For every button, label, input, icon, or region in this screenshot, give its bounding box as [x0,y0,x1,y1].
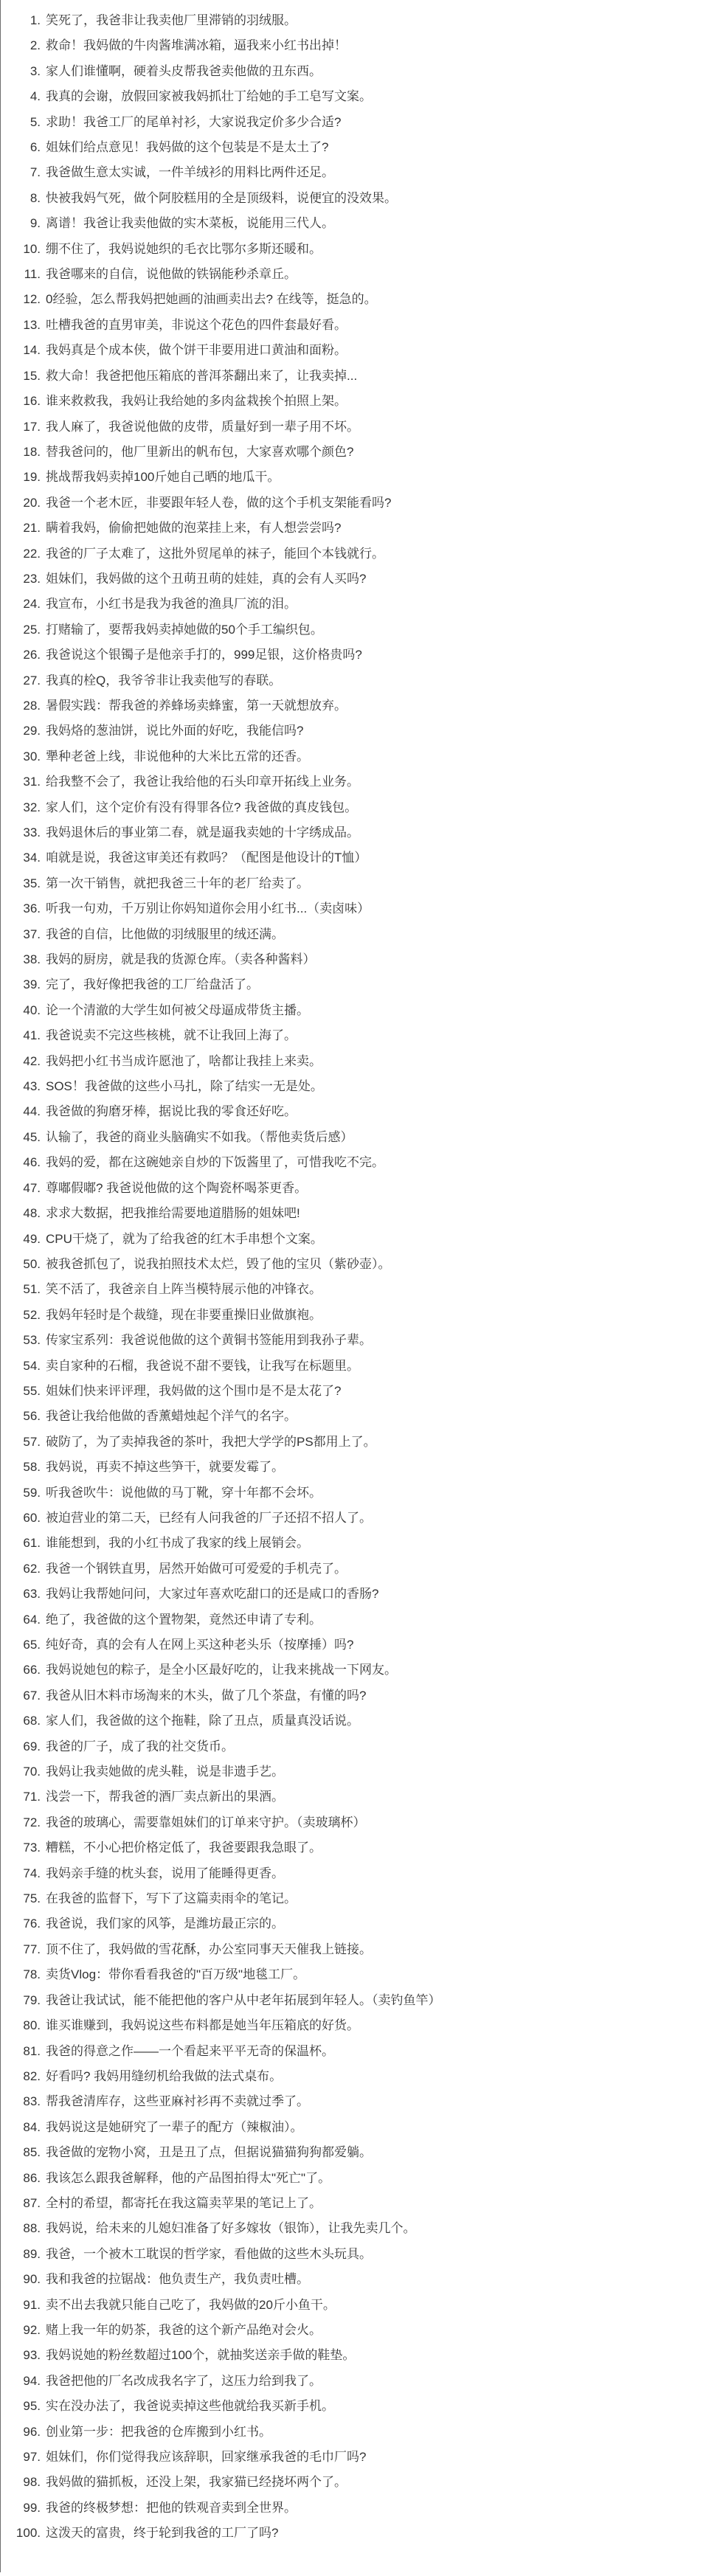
list-item-number: 74. [0,1861,41,1886]
list-item-number: 27. [0,668,41,693]
list-item-text: 我爸的厂子，成了我的社交货币。 [46,1734,234,1759]
list-item: 79.我爸让我试试，能不能把他的客户从中老年拓展到年轻人。（卖钓鱼竿） [0,1988,708,2013]
list-item: 9.离谱！我爸让我卖他做的实木菜板，说能用三代人。 [0,211,708,236]
list-item-text: 卖自家种的石榴，我爸说不甜不要钱，让我写在标题里。 [46,1354,359,1379]
list-item-text: 暑假实践：帮我爸的养蜂场卖蜂蜜，第一天就想放弃。 [46,693,347,719]
list-item-text: 我爸的自信，比他做的羽绒服里的绒还满。 [46,922,284,947]
list-item-text: 卖货Vlog：带你看看我爸的"百万级"地毯工厂。 [46,1962,305,1987]
list-item-number: 88. [0,2216,41,2241]
list-item: 94.我爸把他的厂名改成我名字了，这压力给到我了。 [0,2369,708,2394]
list-item-number: 44. [0,1099,41,1124]
list-item-number: 34. [0,845,41,870]
list-item: 87.全村的希望，都寄托在我这篇卖苹果的笔记上了。 [0,2191,708,2216]
list-item: 54.卖自家种的石榴，我爸说不甜不要钱，让我写在标题里。 [0,1354,708,1379]
list-item: 34.咱就是说，我爸这审美还有救吗？（配图是他设计的T恤） [0,845,708,870]
list-item-number: 25. [0,617,41,643]
list-item-number: 93. [0,2343,41,2368]
list-item: 49.CPU干烧了，就为了给我爸的红木手串想个文案。 [0,1227,708,1252]
list-item-text: 听我一句劝，千万别让你妈知道你会用小红书...（卖卤味） [46,896,370,921]
list-item-text: 我爸做的宠物小窝，丑是丑了点，但据说猫猫狗狗都爱躺。 [46,2140,372,2165]
list-item: 36.听我一句劝，千万别让你妈知道你会用小红书...（卖卤味） [0,896,708,921]
list-item-number: 89. [0,2242,41,2267]
list-item-number: 61. [0,1531,41,1556]
list-item-number: 13. [0,313,41,338]
list-item: 22.我爸的厂子太难了，这批外贸尾单的袜子，能回个本钱就行。 [0,541,708,567]
list-item-number: 80. [0,2013,41,2038]
list-item-text: 我爸，一个被木工耽误的哲学家，看他做的这些木头玩具。 [46,2242,372,2267]
list-item: 66.我妈说她包的粽子，是全小区最好吃的，让我来挑战一下网友。 [0,1658,708,1683]
list-item-text: 我真的会谢，放假回家被我妈抓壮丁给她的手工皂写文案。 [46,84,372,109]
list-item-number: 83. [0,2089,41,2114]
list-item-text: 0经验，怎么帮我妈把她画的油画卖出去? 在线等，挺急的。 [46,287,377,312]
list-item-number: 62. [0,1557,41,1582]
list-item: 17.我人麻了，我爸说他做的皮带，质量好到一辈子用不坏。 [0,415,708,440]
list-item: 35.第一次干销售，就把我爸三十年的老厂给卖了。 [0,871,708,896]
list-item: 69.我爸的厂子，成了我的社交货币。 [0,1734,708,1759]
list-item-number: 16. [0,389,41,414]
list-item: 52.我妈年轻时是个裁缝，现在非要重操旧业做旗袍。 [0,1303,708,1328]
list-item: 37.我爸的自信，比他做的羽绒服里的绒还满。 [0,922,708,947]
list-item-number: 79. [0,1988,41,2013]
list-item-number: 2. [0,33,41,58]
list-item-text: 我爸让我试试，能不能把他的客户从中老年拓展到年轻人。（卖钓鱼竿） [46,1988,441,2013]
list-item-text: 我爸的玻璃心，需要靠姐妹们的订单来守护。（卖玻璃杯） [46,1810,366,1835]
list-item-number: 91. [0,2293,41,2318]
list-item-text: 挑战帮我妈卖掉100斤她自己晒的地瓜干。 [46,465,280,490]
list-item-number: 31. [0,769,41,794]
list-item: 100.这泼天的富贵，终于轮到我爸的工厂了吗? [0,2521,708,2546]
list-item-number: 78. [0,1962,41,1987]
list-item-text: 谁买谁赚到，我妈说这些布料都是她当年压箱底的好货。 [46,2013,359,2038]
list-item-number: 10. [0,237,41,262]
list-item-number: 18. [0,440,41,465]
list-item: 63.我妈让我帮她问问，大家过年喜欢吃甜口的还是咸口的香肠? [0,1582,708,1607]
list-item-number: 82. [0,2064,41,2089]
list-item-text: 顶不住了，我妈做的雪花酥，办公室同事天天催我上链接。 [46,1937,372,1962]
list-item-text: 我妈把小红书当成许愿池了，啥都让我挂上来卖。 [46,1049,322,1074]
list-item-number: 52. [0,1303,41,1328]
list-item-text: 笑不活了，我爸亲自上阵当模特展示他的冲锋衣。 [46,1277,322,1302]
list-item: 10.绷不住了，我妈说她织的毛衣比鄂尔多斯还暖和。 [0,237,708,262]
list-item-text: 实在没办法了，我爸说卖掉这些他就给我买新手机。 [46,2394,334,2419]
list-item-number: 66. [0,1658,41,1683]
list-item-text: 离谱！我爸让我卖他做的实木菜板，说能用三代人。 [46,211,334,236]
list-item-text: 我妈的厨房，就是我的货源仓库。（卖各种酱料） [46,947,316,972]
list-item-text: 卖不出去我就只能自己吃了，我妈做的20斤小鱼干。 [46,2293,336,2318]
list-item-number: 76. [0,1911,41,1936]
list-item-number: 35. [0,871,41,896]
list-item: 15.救大命！我爸把他压箱底的普洱茶翻出来了，让我卖掉... [0,364,708,389]
list-item: 61.谁能想到，我的小红书成了我家的线上展销会。 [0,1531,708,1556]
list-item-text: 吐槽我爸的直男审美，非说这个花色的四件套最好看。 [46,313,347,338]
list-item: 42.我妈把小红书当成许愿池了，啥都让我挂上来卖。 [0,1049,708,1074]
list-item-text: 姐妹们，你们觉得我应该辞职，回家继承我爸的毛巾厂吗? [46,2445,366,2470]
list-item-number: 9. [0,211,41,236]
list-item-text: 我妈说这是她研究了一辈子的配方（辣椒油）。 [46,2115,303,2140]
list-item-text: 我宣布，小红书是我为我爸的渔具厂流的泪。 [46,592,297,617]
list-item-number: 92. [0,2318,41,2343]
list-item-number: 32. [0,795,41,820]
list-item-text: 绝了，我爸做的这个置物架，竟然还申请了专利。 [46,1607,322,1632]
list-item: 90.我和我爸的拉锯战：他负责生产，我负责吐槽。 [0,2267,708,2292]
list-item-text: 我爸说，我们家的风筝，是潍坊最正宗的。 [46,1911,284,1936]
list-item-text: 我妈说她的粉丝数超过100个，就抽奖送亲手做的鞋垫。 [46,2343,355,2368]
list-item: 6.姐妹们给点意见！我妈做的这个包装是不是太土了? [0,135,708,160]
list-item-number: 42. [0,1049,41,1074]
list-item-number: 100. [0,2521,41,2546]
list-item-text: 我妈的爱，都在这碗她亲自炒的下饭酱里了，可惜我吃不完。 [46,1150,384,1175]
list-item: 48.求求大数据，把我推给需要地道腊肠的姐妹吧! [0,1201,708,1226]
list-item-text: 咱就是说，我爸这审美还有救吗？（配图是他设计的T恤） [46,845,367,870]
list-item-text: 我妈退休后的事业第二春，就是逼我卖她的十字绣成品。 [46,820,359,845]
list-item-text: 我真的栓Q，我爷爷非让我卖他写的春联。 [46,668,281,693]
list-item: 74.我妈亲手缝的枕头套，说用了能睡得更香。 [0,1861,708,1886]
list-item-text: 被迫营业的第二天，已经有人问我爸的厂子还招不招人了。 [46,1506,372,1531]
list-item: 99.我爸的终极梦想：把他的铁观音卖到全世界。 [0,2496,708,2521]
list-item-number: 7. [0,160,41,185]
list-item-text: 帮我爸清库存，这些亚麻衬衫再不卖就过季了。 [46,2089,309,2114]
list-item-number: 58. [0,1455,41,1480]
list-item-text: 第一次干销售，就把我爸三十年的老厂给卖了。 [46,871,309,896]
list-item: 83.帮我爸清库存，这些亚麻衬衫再不卖就过季了。 [0,2089,708,2114]
list-item-text: 我爸的终极梦想：把他的铁观音卖到全世界。 [46,2496,297,2521]
list-item-number: 85. [0,2140,41,2165]
list-item: 19.挑战帮我妈卖掉100斤她自己晒的地瓜干。 [0,465,708,490]
list-item-number: 8. [0,186,41,211]
list-item-number: 48. [0,1201,41,1226]
list-item-text: 谁来救救我，我妈让我给她的多肉盆栽挨个拍照上架。 [46,389,347,414]
list-item: 30.犟种老爸上线，非说他种的大米比五常的还香。 [0,744,708,769]
list-item-text: 我妈亲手缝的枕头套，说用了能睡得更香。 [46,1861,284,1886]
list-item-number: 24. [0,592,41,617]
list-item-number: 22. [0,541,41,567]
list-item: 98.我妈做的猫抓板，还没上架，我家猫已经挠坏两个了。 [0,2470,708,2495]
list-item-number: 39. [0,972,41,997]
list-item: 85.我爸做的宠物小窝，丑是丑了点，但据说猫猫狗狗都爱躺。 [0,2140,708,2165]
list-item: 80.谁买谁赚到，我妈说这些布料都是她当年压箱底的好货。 [0,2013,708,2038]
list-item: 55.姐妹们快来评评理，我妈做的这个围巾是不是太花了? [0,1379,708,1404]
list-item-text: 我妈让我卖她做的虎头鞋，说是非遗手艺。 [46,1759,284,1784]
list-item: 82.好看吗? 我妈用缝纫机给我做的法式桌布。 [0,2064,708,2089]
list-item: 67.我爸从旧木料市场淘来的木头，做了几个茶盘，有懂的吗? [0,1683,708,1708]
list-item-text: 我爸做生意太实诚，一件羊绒衫的用料比两件还足。 [46,160,334,185]
list-item-text: 在我爸的监督下，写下了这篇卖雨伞的笔记。 [46,1886,297,1911]
list-item: 75.在我爸的监督下，写下了这篇卖雨伞的笔记。 [0,1886,708,1911]
list-item-number: 63. [0,1582,41,1607]
list-item-text: 被我爸抓包了，说我拍照技术太烂，毁了他的宝贝（紫砂壶）。 [46,1252,391,1277]
list-item-text: 我妈说，再卖不掉这些笋干，就要发霉了。 [46,1455,284,1480]
list-item-number: 55. [0,1379,41,1404]
list-item-number: 70. [0,1759,41,1784]
list-item: 68.家人们，我爸做的这个拖鞋，除了丑点，质量真没话说。 [0,1708,708,1734]
list-item: 5.求助！我爸工厂的尾单衬衫，大家说我定价多少合适? [0,110,708,135]
list-item: 92.赌上我一年的奶茶，我爸的这个新产品绝对会火。 [0,2318,708,2343]
list-item: 64.绝了，我爸做的这个置物架，竟然还申请了专利。 [0,1607,708,1632]
list-item-number: 29. [0,719,41,744]
list-item: 51.笑不活了，我爸亲自上阵当模特展示他的冲锋衣。 [0,1277,708,1302]
list-item: 45.认输了，我爸的商业头脑确实不如我。（帮他卖货后感） [0,1125,708,1150]
list-item-text: 传家宝系列：我爸说他做的这个黄铜书签能用到我孙子辈。 [46,1328,372,1353]
list-item: 23.姐妹们，我妈做的这个丑萌丑萌的娃娃，真的会有人买吗? [0,567,708,592]
list-item: 39.完了，我好像把我爸的工厂给盘活了。 [0,972,708,997]
note-title-list: 1.笑死了，我爸非让我卖他厂里滞销的羽绒服。2.救命！我妈做的牛肉酱堆满冰箱，逼… [0,0,720,2546]
list-item: 97.姐妹们，你们觉得我应该辞职，回家继承我爸的毛巾厂吗? [0,2445,708,2470]
list-item: 20.我爸一个老木匠，非要跟年轻人卷，做的这个手机支架能看吗? [0,491,708,516]
list-item-text: 我爸从旧木料市场淘来的木头，做了几个茶盘，有懂的吗? [46,1683,366,1708]
list-item: 7.我爸做生意太实诚，一件羊绒衫的用料比两件还足。 [0,160,708,185]
list-item-number: 60. [0,1506,41,1531]
list-item-number: 3. [0,59,41,84]
list-item-text: 姐妹们，我妈做的这个丑萌丑萌的娃娃，真的会有人买吗? [46,567,366,592]
list-item-text: 绷不住了，我妈说她织的毛衣比鄂尔多斯还暖和。 [46,237,322,262]
list-item-number: 90. [0,2267,41,2292]
list-item-number: 67. [0,1683,41,1708]
list-item-number: 49. [0,1227,41,1252]
list-item-text: CPU干烧了，就为了给我爸的红木手串想个文案。 [46,1227,323,1252]
list-item-number: 59. [0,1481,41,1506]
list-item: 24.我宣布，小红书是我为我爸的渔具厂流的泪。 [0,592,708,617]
list-item-text: 听我爸吹牛：说他做的马丁靴，穿十年都不会坏。 [46,1481,322,1506]
list-item-text: 我爸哪来的自信，说他做的铁锅能秒杀章丘。 [46,262,297,287]
list-item-number: 73. [0,1835,41,1860]
list-item: 40.论一个清澈的大学生如何被父母逼成带货主播。 [0,998,708,1023]
list-item-text: SOS！我爸做的这些小马扎，除了结实一无是处。 [46,1074,323,1099]
list-item: 1.笑死了，我爸非让我卖他厂里滞销的羽绒服。 [0,8,708,33]
list-item-number: 28. [0,693,41,719]
list-item-number: 20. [0,491,41,516]
list-item-number: 21. [0,516,41,541]
list-item-number: 26. [0,643,41,668]
list-item-number: 38. [0,947,41,972]
list-item-number: 43. [0,1074,41,1099]
list-item-number: 40. [0,998,41,1023]
list-item-text: 我爸一个钢铁直男，居然开始做可可爱爱的手机壳了。 [46,1557,347,1582]
list-item: 50.被我爸抓包了，说我拍照技术太烂，毁了他的宝贝（紫砂壶）。 [0,1252,708,1277]
list-item: 29.我妈烙的葱油饼，说比外面的好吃，我能信吗? [0,719,708,744]
list-item: 28.暑假实践：帮我爸的养蜂场卖蜂蜜，第一天就想放弃。 [0,693,708,719]
list-item-number: 69. [0,1734,41,1759]
list-item-text: 我该怎么跟我爸解释，他的产品图拍得太"死亡"了。 [46,2166,330,2191]
list-item-number: 36. [0,896,41,921]
list-item-text: 我爸把他的厂名改成我名字了，这压力给到我了。 [46,2369,322,2394]
list-item-number: 15. [0,364,41,389]
list-item-text: 破防了，为了卖掉我爸的茶叶，我把大学学的PS都用上了。 [46,1430,376,1455]
list-item-number: 6. [0,135,41,160]
list-item-text: 姐妹们快来评评理，我妈做的这个围巾是不是太花了? [46,1379,341,1404]
list-item-text: 家人们，我爸做的这个拖鞋，除了丑点，质量真没话说。 [46,1708,359,1734]
list-item-text: 我妈真是个成本侠，做个饼干非要用进口黄油和面粉。 [46,338,347,363]
list-item-number: 72. [0,1810,41,1835]
list-item-number: 5. [0,110,41,135]
list-item: 71.浅尝一下，帮我爸的酒厂卖点新出的果酒。 [0,1784,708,1810]
list-item-number: 19. [0,465,41,490]
list-item-number: 95. [0,2394,41,2419]
list-item: 73.糟糕，不小心把价格定低了，我爸要跟我急眼了。 [0,1835,708,1860]
list-item-number: 84. [0,2115,41,2140]
list-item: 56.我爸让我给他做的香薰蜡烛起个洋气的名字。 [0,1404,708,1429]
list-item: 77.顶不住了，我妈做的雪花酥，办公室同事天天催我上链接。 [0,1937,708,1962]
list-item-number: 41. [0,1023,41,1048]
list-item-number: 57. [0,1430,41,1455]
list-item-text: 家人们谁懂啊，硬着头皮帮我爸卖他做的丑东西。 [46,59,322,84]
list-item-text: 快被我妈气死，做个阿胶糕用的全是顶级料，说便宜的没效果。 [46,186,397,211]
list-item-number: 11. [0,262,41,287]
list-item-text: 认输了，我爸的商业头脑确实不如我。（帮他卖货后感） [46,1125,353,1150]
list-item: 59.听我爸吹牛：说他做的马丁靴，穿十年都不会坏。 [0,1481,708,1506]
list-item-text: 我妈年轻时是个裁缝，现在非要重操旧业做旗袍。 [46,1303,322,1328]
list-item-text: 我爸说这个银镯子是他亲手打的，999足银，这价格贵吗? [46,643,362,668]
list-item-text: 浅尝一下，帮我爸的酒厂卖点新出的果酒。 [46,1784,284,1810]
list-item: 46.我妈的爱，都在这碗她亲自炒的下饭酱里了，可惜我吃不完。 [0,1150,708,1175]
list-item-number: 23. [0,567,41,592]
list-item-number: 87. [0,2191,41,2216]
list-item: 43.SOS！我爸做的这些小马扎，除了结实一无是处。 [0,1074,708,1099]
list-item: 13.吐槽我爸的直男审美，非说这个花色的四件套最好看。 [0,313,708,338]
list-item: 60.被迫营业的第二天，已经有人问我爸的厂子还招不招人了。 [0,1506,708,1531]
list-item-number: 33. [0,820,41,845]
list-item: 76.我爸说，我们家的风筝，是潍坊最正宗的。 [0,1911,708,1936]
list-item: 32.家人们，这个定价有没有得罪各位? 我爸做的真皮钱包。 [0,795,708,820]
list-item: 3.家人们谁懂啊，硬着头皮帮我爸卖他做的丑东西。 [0,59,708,84]
list-item-number: 77. [0,1937,41,1962]
list-item: 44.我爸做的狗磨牙棒，据说比我的零食还好吃。 [0,1099,708,1124]
list-item-text: 我妈让我帮她问问，大家过年喜欢吃甜口的还是咸口的香肠? [46,1582,378,1607]
list-item-text: 我爸的厂子太难了，这批外贸尾单的袜子，能回个本钱就行。 [46,541,384,567]
list-item-number: 45. [0,1125,41,1150]
list-item: 16.谁来救救我，我妈让我给她的多肉盆栽挨个拍照上架。 [0,389,708,414]
list-item-number: 71. [0,1784,41,1810]
list-item: 84.我妈说这是她研究了一辈子的配方（辣椒油）。 [0,2115,708,2140]
list-item: 81.我爸的得意之作——一个看起来平平无奇的保温杯。 [0,2039,708,2064]
list-item: 27.我真的栓Q，我爷爷非让我卖他写的春联。 [0,668,708,693]
list-item: 33.我妈退休后的事业第二春，就是逼我卖她的十字绣成品。 [0,820,708,845]
list-item-number: 68. [0,1708,41,1734]
list-item: 12.0经验，怎么帮我妈把她画的油画卖出去? 在线等，挺急的。 [0,287,708,312]
list-item-text: 纯好奇，真的会有人在网上买这种老头乐（按摩捶）吗? [46,1632,353,1658]
page: { "page": { "background": "#ffffff", "te… [0,0,720,2576]
list-item: 18.替我爸问的，他厂里新出的帆布包，大家喜欢哪个颜色? [0,440,708,465]
list-item: 31.给我整不会了，我爸让我给他的石头印章开拓线上业务。 [0,769,708,794]
list-item-number: 94. [0,2369,41,2394]
list-item: 2.救命！我妈做的牛肉酱堆满冰箱，逼我来小红书出掉！ [0,33,708,58]
list-item-number: 46. [0,1150,41,1175]
list-item-text: 我和我爸的拉锯战：他负责生产，我负责吐槽。 [46,2267,309,2292]
list-item-text: 求求大数据，把我推给需要地道腊肠的姐妹吧! [46,1201,300,1226]
list-item: 4.我真的会谢，放假回家被我妈抓壮丁给她的手工皂写文案。 [0,84,708,109]
list-item: 95.实在没办法了，我爸说卖掉这些他就给我买新手机。 [0,2394,708,2419]
list-item: 25.打赌输了，要帮我妈卖掉她做的50个手工编织包。 [0,617,708,643]
left-edge-line [0,0,1,2572]
list-item-text: 我爸的得意之作——一个看起来平平无奇的保温杯。 [46,2039,334,2064]
list-item-number: 12. [0,287,41,312]
list-item: 47.尊嘟假嘟? 我爸说他做的这个陶瓷杯喝茶更香。 [0,1176,708,1201]
list-item-text: 创业第一步：把我爸的仓库搬到小红书。 [46,2420,271,2445]
list-item-number: 53. [0,1328,41,1353]
list-item-number: 17. [0,415,41,440]
list-item: 86.我该怎么跟我爸解释，他的产品图拍得太"死亡"了。 [0,2166,708,2191]
list-item-text: 我爸做的狗磨牙棒，据说比我的零食还好吃。 [46,1099,297,1124]
list-item-number: 75. [0,1886,41,1911]
list-item-text: 尊嘟假嘟? 我爸说他做的这个陶瓷杯喝茶更香。 [46,1176,307,1201]
list-item-text: 论一个清澈的大学生如何被父母逼成带货主播。 [46,998,309,1023]
list-item: 38.我妈的厨房，就是我的货源仓库。（卖各种酱料） [0,947,708,972]
list-item: 26.我爸说这个银镯子是他亲手打的，999足银，这价格贵吗? [0,643,708,668]
list-item: 70.我妈让我卖她做的虎头鞋，说是非遗手艺。 [0,1759,708,1784]
list-item: 58.我妈说，再卖不掉这些笋干，就要发霉了。 [0,1455,708,1480]
list-item: 91.卖不出去我就只能自己吃了，我妈做的20斤小鱼干。 [0,2293,708,2318]
list-item: 11.我爸哪来的自信，说他做的铁锅能秒杀章丘。 [0,262,708,287]
list-item: 93.我妈说她的粉丝数超过100个，就抽奖送亲手做的鞋垫。 [0,2343,708,2368]
list-item-number: 14. [0,338,41,363]
list-item-number: 30. [0,744,41,769]
list-item-number: 47. [0,1176,41,1201]
list-item-number: 37. [0,922,41,947]
list-item: 14.我妈真是个成本侠，做个饼干非要用进口黄油和面粉。 [0,338,708,363]
list-item-text: 赌上我一年的奶茶，我爸的这个新产品绝对会火。 [46,2318,322,2343]
list-item-text: 我妈做的猫抓板，还没上架，我家猫已经挠坏两个了。 [46,2470,347,2495]
list-item-text: 全村的希望，都寄托在我这篇卖苹果的笔记上了。 [46,2191,322,2216]
list-item: 88.我妈说，给未来的儿媳妇准备了好多嫁妆（银饰），让我先卖几个。 [0,2216,708,2241]
list-item-text: 打赌输了，要帮我妈卖掉她做的50个手工编织包。 [46,617,323,643]
list-item-text: 笑死了，我爸非让我卖他厂里滞销的羽绒服。 [46,8,297,33]
list-item-text: 谁能想到，我的小红书成了我家的线上展销会。 [46,1531,309,1556]
list-item-text: 我爸让我给他做的香薰蜡烛起个洋气的名字。 [46,1404,297,1429]
list-item: 8.快被我妈气死，做个阿胶糕用的全是顶级料，说便宜的没效果。 [0,186,708,211]
list-item-number: 50. [0,1252,41,1277]
list-item: 53.传家宝系列：我爸说他做的这个黄铜书签能用到我孙子辈。 [0,1328,708,1353]
list-item: 89.我爸，一个被木工耽误的哲学家，看他做的这些木头玩具。 [0,2242,708,2267]
list-item-text: 救大命！我爸把他压箱底的普洱茶翻出来了，让我卖掉... [46,364,357,389]
list-item-text: 我爸说卖不完这些核桃，就不让我回上海了。 [46,1023,297,1048]
list-item-number: 54. [0,1354,41,1379]
list-item-number: 1. [0,8,41,33]
list-item-text: 瞒着我妈，偷偷把她做的泡菜挂上来，有人想尝尝吗? [46,516,341,541]
list-item-text: 姐妹们给点意见！我妈做的这个包装是不是太土了? [46,135,328,160]
list-item: 41.我爸说卖不完这些核桃，就不让我回上海了。 [0,1023,708,1048]
list-item: 62.我爸一个钢铁直男，居然开始做可可爱爱的手机壳了。 [0,1557,708,1582]
list-item: 78.卖货Vlog：带你看看我爸的"百万级"地毯工厂。 [0,1962,708,1987]
list-item-number: 97. [0,2445,41,2470]
list-item-text: 糟糕，不小心把价格定低了，我爸要跟我急眼了。 [46,1835,322,1860]
list-item-number: 81. [0,2039,41,2064]
list-item-text: 给我整不会了，我爸让我给他的石头印章开拓线上业务。 [46,769,359,794]
list-item-text: 好看吗? 我妈用缝纫机给我做的法式桌布。 [46,2064,282,2089]
list-item-text: 完了，我好像把我爸的工厂给盘活了。 [46,972,259,997]
list-item-number: 56. [0,1404,41,1429]
list-item-text: 家人们，这个定价有没有得罪各位? 我爸做的真皮钱包。 [46,795,357,820]
list-item: 57.破防了，为了卖掉我爸的茶叶，我把大学学的PS都用上了。 [0,1430,708,1455]
list-item-text: 我妈说她包的粽子，是全小区最好吃的，让我来挑战一下网友。 [46,1658,397,1683]
list-item-number: 98. [0,2470,41,2495]
list-item-text: 我妈烙的葱油饼，说比外面的好吃，我能信吗? [46,719,303,744]
list-item-text: 我妈说，给未来的儿媳妇准备了好多嫁妆（银饰），让我先卖几个。 [46,2216,416,2241]
list-item-number: 96. [0,2420,41,2445]
list-item: 72.我爸的玻璃心，需要靠姐妹们的订单来守护。（卖玻璃杯） [0,1810,708,1835]
list-item-number: 99. [0,2496,41,2521]
list-item-number: 51. [0,1277,41,1302]
list-item-number: 86. [0,2166,41,2191]
list-item-text: 救命！我妈做的牛肉酱堆满冰箱，逼我来小红书出掉！ [46,33,347,58]
list-item: 96.创业第一步：把我爸的仓库搬到小红书。 [0,2420,708,2445]
list-item-text: 这泼天的富贵，终于轮到我爸的工厂了吗? [46,2521,278,2546]
list-item-text: 犟种老爸上线，非说他种的大米比五常的还香。 [46,744,309,769]
list-item: 21.瞒着我妈，偷偷把她做的泡菜挂上来，有人想尝尝吗? [0,516,708,541]
list-item: 65.纯好奇，真的会有人在网上买这种老头乐（按摩捶）吗? [0,1632,708,1658]
list-item-text: 替我爸问的，他厂里新出的帆布包，大家喜欢哪个颜色? [46,440,353,465]
list-item-text: 我爸一个老木匠，非要跟年轻人卷，做的这个手机支架能看吗? [46,491,391,516]
list-item-number: 4. [0,84,41,109]
list-item-text: 求助！我爸工厂的尾单衬衫，大家说我定价多少合适? [46,110,341,135]
